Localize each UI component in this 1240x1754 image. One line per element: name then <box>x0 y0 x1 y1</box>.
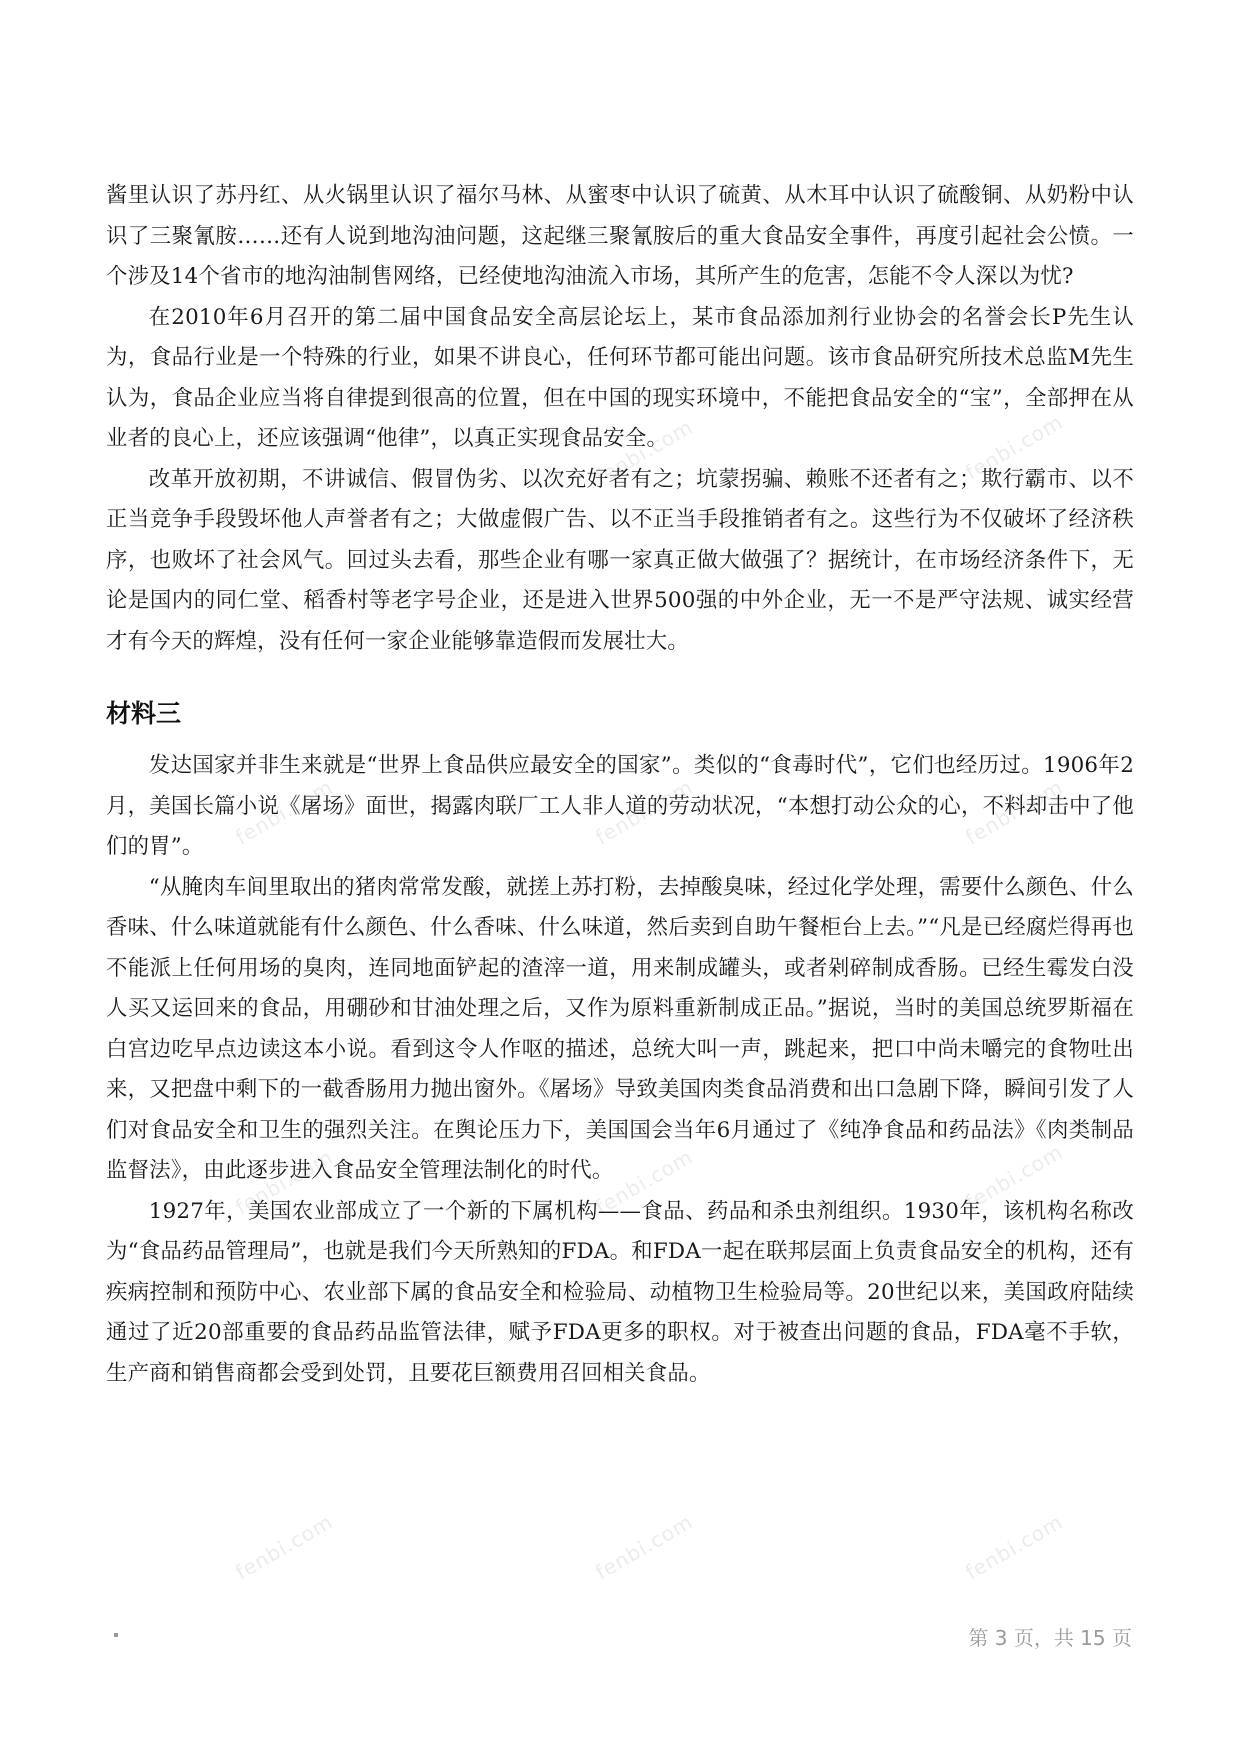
paragraph: 酱里认识了苏丹红、从火锅里认识了福尔马林、从蜜枣中认识了硫黄、从木耳中认识了硫酸… <box>106 176 1134 298</box>
footer-dot-marker <box>114 1633 118 1637</box>
paragraph: 发达国家并非生来就是“世界上食品供应最安全的国家”。类似的“食毒时代”，它们也经… <box>106 746 1134 868</box>
section-heading: 材料三 <box>106 694 1134 734</box>
paragraph: “从腌肉车间里取出的猪肉常常发酸，就搓上苏打粉，去掉酸臭味，经过化学处理，需要什… <box>106 868 1134 1192</box>
material-two-continuation: 酱里认识了苏丹红、从火锅里认识了福尔马林、从蜜枣中认识了硫黄、从木耳中认识了硫酸… <box>106 176 1134 662</box>
watermark: fenbi.com <box>591 1510 697 1585</box>
paragraph: 1927年，美国农业部成立了一个新的下属机构——食品、药品和杀虫剂组织。1930… <box>106 1192 1134 1395</box>
paragraph: 改革开放初期，不讲诚信、假冒伪劣、以次充好者有之；坑蒙拐骗、赖账不还者有之；欺行… <box>106 460 1134 663</box>
paragraph: 在2010年6月召开的第二届中国食品安全高层论坛上，某市食品添加剂行业协会的名誉… <box>106 298 1134 460</box>
material-three: 发达国家并非生来就是“世界上食品供应最安全的国家”。类似的“食毒时代”，它们也经… <box>106 746 1134 1394</box>
watermark: fenbi.com <box>961 1510 1067 1585</box>
watermark: fenbi.com <box>231 1510 337 1585</box>
page-indicator: 第 3 页，共 15 页 <box>968 1622 1132 1651</box>
document-page: 酱里认识了苏丹红、从火锅里认识了福尔马林、从蜜枣中认识了硫黄、从木耳中认识了硫酸… <box>106 176 1134 1394</box>
